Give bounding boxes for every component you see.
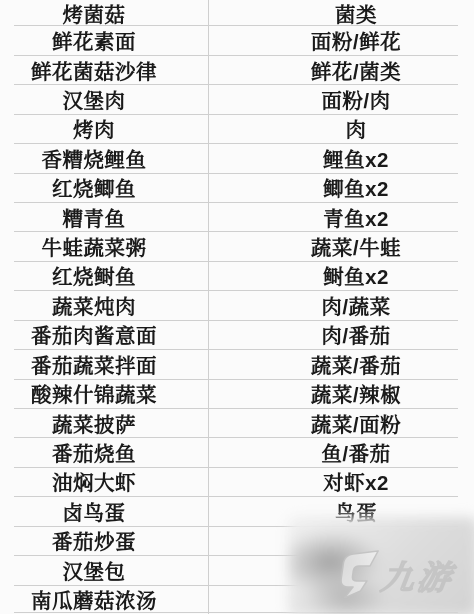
ingredients-cell: 鲫鱼x2 (208, 173, 474, 202)
watermark: 九游 (334, 548, 457, 598)
dish-cell: 番茄蔬菜拌面 (0, 349, 208, 378)
ingredients-cell: 菌类 (208, 0, 474, 25)
dish-cell: 番茄烧鱼 (0, 437, 208, 466)
table-row: 番茄肉酱意面 肉/番茄 (0, 320, 474, 349)
dish-cell: 番茄炒蛋 (0, 526, 208, 555)
dish-cell: 红烧鲥鱼 (0, 261, 208, 290)
table-row: 酸辣什锦蔬菜 蔬菜/辣椒 (0, 378, 474, 407)
table-row: 番茄烧鱼 鱼/番茄 (0, 437, 474, 466)
table-row: 烤肉 肉 (0, 114, 474, 143)
recipe-table-screenshot: 烤菌菇 菌类 鲜花素面 面粉/鲜花 鲜花菌菇沙律 鲜花/菌类 汉堡肉 面粉/肉 … (0, 0, 474, 614)
ingredients-cell: 肉 (208, 114, 474, 143)
ingredients-cell: 青鱼x2 (208, 202, 474, 231)
dish-cell: 酸辣什锦蔬菜 (0, 378, 208, 407)
dish-cell: 鲜花菌菇沙律 (0, 55, 208, 84)
dish-cell: 烤菌菇 (0, 0, 208, 25)
dish-cell: 油焖大虾 (0, 467, 208, 496)
table-row: 番茄蔬菜拌面 蔬菜/番茄 (0, 349, 474, 378)
table-row: 蔬菜炖肉 肉/蔬菜 (0, 290, 474, 319)
ingredients-cell: 鲜花/菌类 (208, 55, 474, 84)
dish-cell: 蔬菜披萨 (0, 408, 208, 437)
ingredients-cell: 面粉/肉 (208, 84, 474, 113)
table-row: 鲜花素面 面粉/鲜花 (0, 25, 474, 54)
ingredients-cell: 鱼/番茄 (208, 437, 474, 466)
dish-cell: 糟青鱼 (0, 202, 208, 231)
9game-logo-icon (334, 548, 381, 598)
dish-cell: 汉堡包 (0, 555, 208, 584)
ingredients-cell: 面粉/鲜花 (208, 25, 474, 54)
dish-cell: 番茄肉酱意面 (0, 320, 208, 349)
table-row: 红烧鲥鱼 鲥鱼x2 (0, 261, 474, 290)
ingredients-cell: 蔬菜/牛蛙 (208, 231, 474, 260)
dish-cell: 红烧鲫鱼 (0, 173, 208, 202)
dish-cell: 香糟烧鲤鱼 (0, 143, 208, 172)
dish-cell: 卤鸟蛋 (0, 496, 208, 525)
ingredients-cell: 鲥鱼x2 (208, 261, 474, 290)
dish-cell: 牛蛙蔬菜粥 (0, 231, 208, 260)
dish-cell: 烤肉 (0, 114, 208, 143)
table-row: 烤菌菇 菌类 (0, 0, 474, 25)
table-row: 油焖大虾 对虾x2 (0, 467, 474, 496)
dish-cell: 汉堡肉 (0, 84, 208, 113)
dish-cell: 蔬菜炖肉 (0, 290, 208, 319)
dish-cell: 南瓜蘑菇浓汤 (0, 584, 208, 613)
table-row: 红烧鲫鱼 鲫鱼x2 (0, 173, 474, 202)
ingredients-cell: 对虾x2 (208, 467, 474, 496)
table-row: 糟青鱼 青鱼x2 (0, 202, 474, 231)
ingredients-cell: 蔬菜/辣椒 (208, 378, 474, 407)
ingredients-cell: 蔬菜/番茄 (208, 349, 474, 378)
watermark-text: 九游 (379, 561, 456, 594)
ingredients-cell: 鲤鱼x2 (208, 143, 474, 172)
table-row: 蔬菜披萨 蔬菜/面粉 (0, 408, 474, 437)
table-row: 汉堡肉 面粉/肉 (0, 84, 474, 113)
table-row: 香糟烧鲤鱼 鲤鱼x2 (0, 143, 474, 172)
table-row: 牛蛙蔬菜粥 蔬菜/牛蛙 (0, 231, 474, 260)
ingredients-cell: 肉/蔬菜 (208, 290, 474, 319)
ingredients-cell: 肉/番茄 (208, 320, 474, 349)
dish-cell: 鲜花素面 (0, 25, 208, 54)
table-row: 鲜花菌菇沙律 鲜花/菌类 (0, 55, 474, 84)
ingredients-cell: 蔬菜/面粉 (208, 408, 474, 437)
